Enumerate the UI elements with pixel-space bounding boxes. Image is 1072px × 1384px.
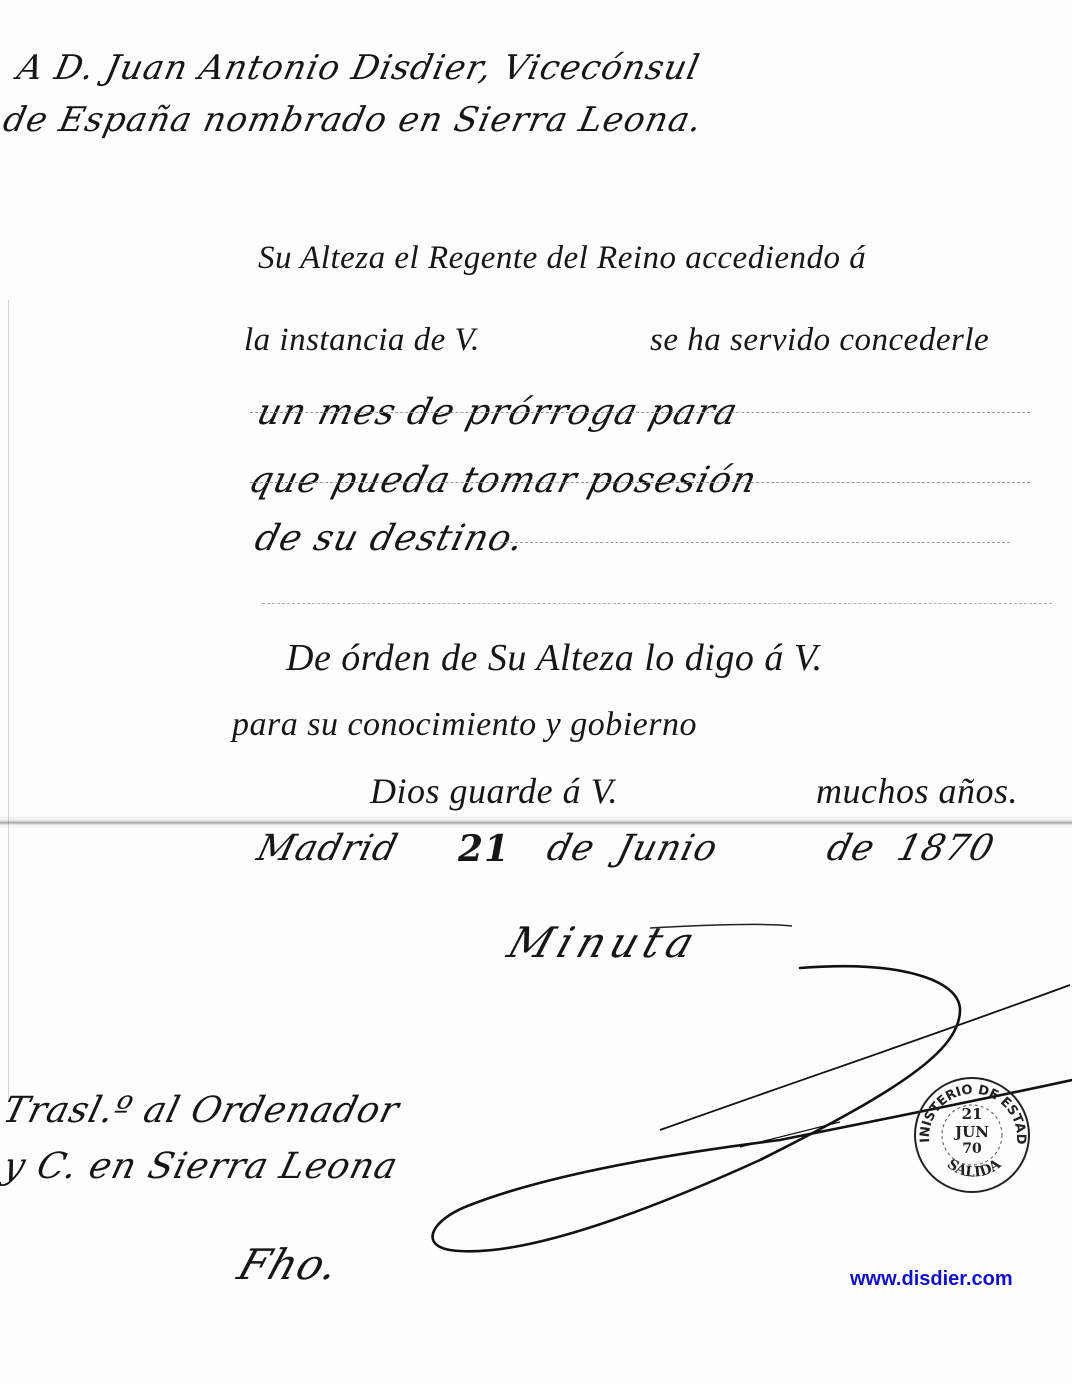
stamp-bottom-text: SALIDA	[944, 1155, 1005, 1180]
stamp-day: 21	[912, 1105, 1032, 1123]
svg-text:SALIDA: SALIDA	[944, 1155, 1005, 1180]
ministry-postmark-stamp: MINISTERIO DE ESTADO SALIDA 21 JUN 70	[912, 1075, 1032, 1195]
stamp-year: 70	[912, 1141, 1032, 1157]
website-watermark: www.disdier.com	[850, 1268, 1013, 1291]
document-page: A D. Juan Antonio Disdier, Vicecónsul de…	[0, 0, 1072, 1384]
stamp-month: JUN	[912, 1123, 1032, 1141]
